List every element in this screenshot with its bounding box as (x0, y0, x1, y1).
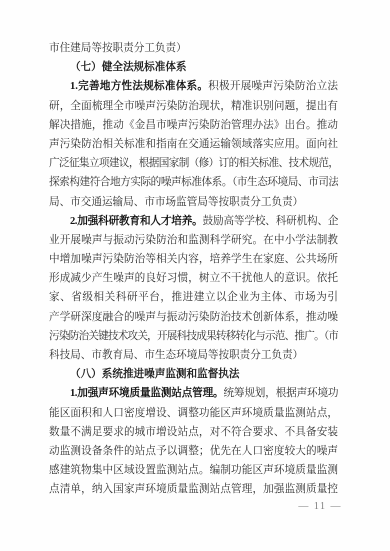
text-line: 局、市交通运输局、市市场监管局等按职责分工负责） (49, 193, 338, 212)
line-text: 声污染防治相关标准和指南在交通运输领域落实应用。面向社会 (49, 139, 338, 154)
line-text: 数量不满足要求的城市增设站点，对不符合要求、不具备安装自 (49, 427, 338, 442)
line-text: 产学研深度融合的噪声与振动污染防治技术创新体系，推动噪声 (49, 312, 338, 327)
section-heading-8: （八）系统推进噪声监测和监督执法 (49, 365, 338, 384)
text-line: 点清单，纳入国家声环境质量监测站点管理，加强监测质量控制 (49, 480, 338, 499)
line-text: 能区面积和人口密度增设、调整功能区声环境质量监测站点，对 (49, 408, 338, 423)
text-line: 1.加强声环境质量监测站点管理。统筹规划，根据声环境功 (49, 384, 338, 403)
lead-emphasis: 1.完善地方性法规标准体系。 (70, 81, 208, 92)
line-text: 市住建局等按职责分工负责） (49, 43, 187, 54)
text-line: 形成减少产生噪声的良好习惯，树立不干扰他人的意识。依托国 (49, 269, 338, 288)
text-line: 科技局、市教育局、市生态环境局等按职责分工负责） (49, 346, 338, 365)
line-text: 形成减少产生噪声的良好习惯，树立不干扰他人的意识。依托国 (49, 273, 338, 288)
text-line: 能区面积和人口密度增设、调整功能区声环境质量监测站点，对 (49, 404, 338, 423)
text-line: 污染防治关键技术攻关，开展科技成果转移转化与示范、推广。（市 (49, 327, 338, 346)
text-line: 广泛征集立项建议，根据国家制（修）订的相关标准、技术规范， (49, 154, 338, 173)
heading-text: （八）系统推进噪声监测和监督执法 (70, 369, 240, 380)
heading-text: （七）健全法规标准体系 (70, 62, 187, 73)
text-line: 市住建局等按职责分工负责） (49, 39, 338, 58)
page-number: — 11 — (49, 501, 342, 512)
line-text: 动监测设备条件的站点予以调整；优先在人口密度较大的噪声敏 (49, 446, 338, 461)
line-text: 鼓励高等学校、科研机构、企 (203, 216, 338, 227)
text-line: 声污染防治相关标准和指南在交通运输领域落实应用。面向社会 (49, 135, 338, 154)
text-line: 探索构建符合地方实际的噪声标准体系。（市生态环境局、市司法 (49, 173, 338, 192)
line-text: 污染防治关键技术攻关，开展科技成果转移转化与示范、推广。（市 (49, 331, 338, 342)
text-line: 动监测设备条件的站点予以调整；优先在人口密度较大的噪声敏 (49, 442, 338, 461)
text-line: 业开展噪声与振动污染防治和监测科学研究。在中小学法制教育 (49, 231, 338, 250)
line-text: 科技局、市教育局、市生态环境局等按职责分工负责） (49, 350, 303, 361)
text-line: 数量不满足要求的城市增设站点，对不符合要求、不具备安装自 (49, 423, 338, 442)
lead-emphasis: 1.加强声环境质量监测站点管理。 (70, 388, 223, 399)
line-text: 探索构建符合地方实际的噪声标准体系。（市生态环境局、市司法 (49, 177, 338, 188)
section-heading-7: （七）健全法规标准体系 (49, 58, 338, 77)
line-text: 家、省级相关科研平台，推进建立以企业为主体、市场为引导、 (49, 292, 338, 307)
text-line: 中增加噪声污染防治等相关内容，培养学生在家庭、公共场所等 (49, 250, 338, 269)
text-line: 解决措施，推动《金昌市噪声污染防治管理办法》出台。推动噪 (49, 116, 338, 135)
text-line: 1.完善地方性法规标准体系。积极开展噪声污染防治立法调 (49, 77, 338, 96)
document-body: 市住建局等按职责分工负责） （七）健全法规标准体系 1.完善地方性法规标准体系。… (49, 39, 338, 500)
text-line: 感建筑物集中区域设置监测站点。编制功能区声环境质量监测站 (49, 461, 338, 480)
line-text: 中增加噪声污染防治等相关内容，培养学生在家庭、公共场所等 (49, 254, 338, 269)
text-line: 2.加强科研教育和人才培养。鼓励高等学校、科研机构、企 (49, 212, 338, 231)
document-page: 市住建局等按职责分工负责） （七）健全法规标准体系 1.完善地方性法规标准体系。… (0, 0, 390, 551)
line-text: 研，全面梳理全市噪声污染防治现状，精准识别问题，提出有效 (49, 101, 338, 116)
line-text: 点清单，纳入国家声环境质量监测站点管理，加强监测质量控制 (49, 484, 338, 499)
line-text: 感建筑物集中区域设置监测站点。编制功能区声环境质量监测站 (49, 465, 338, 480)
line-text: 广泛征集立项建议，根据国家制（修）订的相关标准、技术规范， (49, 158, 338, 169)
line-text: 统筹规划，根据声环境功 (223, 388, 338, 399)
line-text: 业开展噪声与振动污染防治和监测科学研究。在中小学法制教育 (49, 235, 338, 250)
line-text: 局、市交通运输局、市市场监管局等按职责分工负责） (49, 197, 303, 208)
lead-emphasis: 2.加强科研教育和人才培养。 (70, 216, 203, 227)
text-line: 研，全面梳理全市噪声污染防治现状，精准识别问题，提出有效 (49, 97, 338, 116)
text-line: 产学研深度融合的噪声与振动污染防治技术创新体系，推动噪声 (49, 308, 338, 327)
line-text: 解决措施，推动《金昌市噪声污染防治管理办法》出台。推动噪 (49, 120, 338, 135)
text-line: 家、省级相关科研平台，推进建立以企业为主体、市场为引导、 (49, 288, 338, 307)
